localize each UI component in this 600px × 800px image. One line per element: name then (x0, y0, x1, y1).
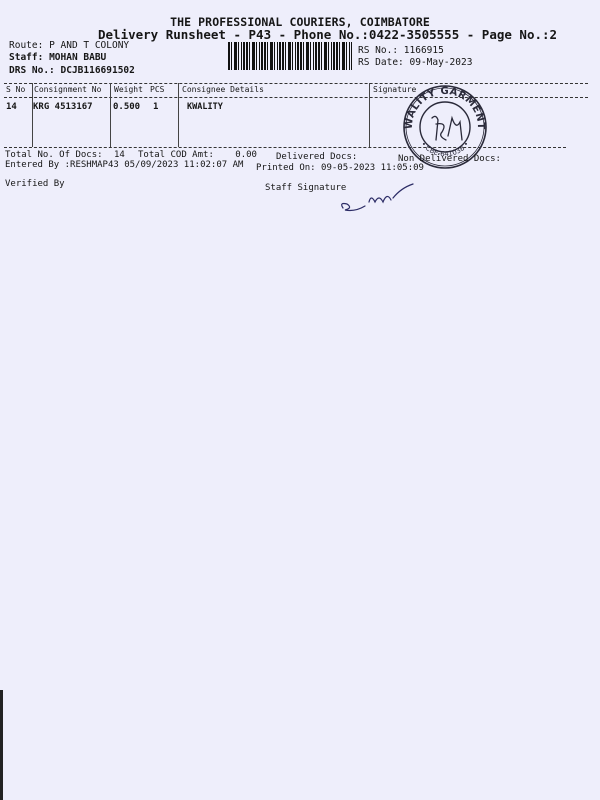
table-top-rule (4, 83, 588, 84)
verified-by-label: Verified By (5, 179, 65, 189)
drs-line: DRS No.: DCJB116691502 (9, 65, 135, 76)
total-docs-label: Total No. Of Docs: (5, 150, 103, 160)
total-docs: Total No. Of Docs: 14 (5, 150, 125, 160)
route-label: Route: (9, 40, 43, 51)
column-divider (110, 83, 111, 147)
total-cod-value: 0.00 (235, 150, 257, 160)
total-cod-label: Total COD Amt: (138, 150, 214, 160)
runsheet-subtitle: Delivery Runsheet - P43 - Phone No.:0422… (98, 27, 557, 42)
barcode-icon (228, 42, 352, 70)
column-divider (32, 83, 33, 147)
delivered-docs-label: Delivered Docs: (276, 152, 357, 162)
scan-edge-mark (0, 690, 3, 800)
cell-s-no: 14 (6, 102, 17, 112)
column-header-pcs: PCS (150, 85, 164, 94)
cell-pcs: 1 (153, 102, 158, 112)
column-header-consignee-details: Consignee Details (182, 85, 264, 94)
total-docs-value: 14 (114, 150, 125, 160)
rs-no-label: RS No.: (358, 45, 398, 56)
route-line: Route: P AND T COLONY (9, 40, 129, 51)
staff-value: MOHAN BABU (49, 52, 106, 63)
drs-label: DRS No.: (9, 65, 55, 76)
column-header-consignment-no: Consignment No (34, 85, 101, 94)
cell-consignee: KWALITY (187, 102, 223, 112)
rs-date-label: RS Date: (358, 57, 404, 68)
rs-no-line: RS No.: 1166915 (358, 45, 444, 56)
handwritten-signature-icon (335, 180, 425, 220)
rs-date-line: RS Date: 09-May-2023 (358, 57, 472, 68)
column-header-weight: Weight (114, 85, 143, 94)
cell-consignment-no: KRG 4513167 (33, 102, 93, 112)
svg-text:KWALITY GARMENTS: KWALITY GARMENTS (402, 84, 486, 130)
total-cod: Total COD Amt: 0.00 (138, 150, 257, 160)
column-divider (369, 83, 370, 147)
cell-weight: 0.500 (113, 102, 140, 112)
printed-on: Printed On: 09-05-2023 11:05:09 (256, 163, 424, 173)
route-value: P AND T COLONY (49, 40, 129, 51)
entered-by: Entered By :RESHMAP43 05/09/2023 11:02:0… (5, 160, 243, 170)
table-header-rule (4, 97, 588, 98)
staff-line: Staff: MOHAN BABU (9, 52, 106, 63)
column-header-s-no: S No (6, 85, 25, 94)
rs-no-value: 1166915 (404, 45, 444, 56)
column-divider (178, 83, 179, 147)
drs-value: DCJB116691502 (61, 65, 135, 76)
staff-label: Staff: (9, 52, 43, 63)
rs-date-value: 09-May-2023 (410, 57, 473, 68)
